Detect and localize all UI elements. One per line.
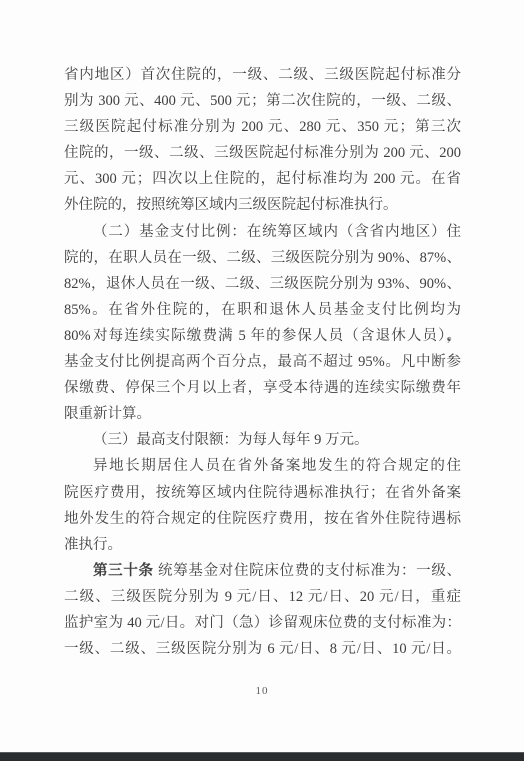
text-line: 外住院的，按照统筹区域内三级医院起付标准执行。 [64,192,461,218]
text-line: 院的，在职人员在一级、二级、三级医院分别为 90%、87%、 [64,245,461,271]
text-line: 省内地区）首次住院的，一级、二级、三级医院起付标准分 [64,62,461,88]
text-line: 监护室为 40 元/日。对门（急）诊留观床位费的支付标准为： [64,610,461,636]
text-line: 地外发生的符合规定的住院医疗费用，按在省外住院待遇标 [64,506,461,532]
text-line: 第三十条 统筹基金对住院床位费的支付标准为：一级、 [64,558,461,584]
text-line: 保缴费、停保三个月以上者，享受本待遇的连续实际缴费年 [64,375,461,401]
text-line: 限重新计算。 [64,401,461,427]
text-line: 85%。在省外住院的，在职和退休人员基金支付比例均为 80%。 [64,297,461,323]
text-line: 别为 300 元、400 元、500 元；第二次住院的，一级、二级、 [64,88,461,114]
bottom-bar [0,752,524,761]
text-line: （二）基金支付比例：在统筹区域内（含省内地区）住 [64,219,461,245]
text-line: 异地长期居住人员在省外备案地发生的符合规定的住 [64,453,461,479]
document-page: 省内地区）首次住院的，一级、二级、三级医院起付标准分别为 300 元、400 元… [0,0,524,761]
text-line: 对每连续实际缴费满 5 年的参保人员（含退休人员）， [64,323,461,349]
text-line: 准执行。 [64,532,461,558]
page-number: 10 [0,685,524,697]
article-number-bold: 第三十条 [93,563,154,579]
text-line: （三）最高支付限额：为每人每年 9 万元。 [64,427,461,453]
text-line: 住院的，一级、二级、三级医院起付标准分别为 200 元、200 [64,140,461,166]
text-block: 省内地区）首次住院的，一级、二级、三级医院起付标准分别为 300 元、400 元… [64,62,461,662]
text-line: 82%，退休人员在一级、二级、三级医院分别为 93%、90%、 [64,271,461,297]
text-line: 一级、二级、三级医院分别为 6 元/日、8 元/日、10 元/日。 [64,636,461,662]
text-line: 二级、三级医院分别为 9 元/日、12 元/日、20 元/日，重症 [64,584,461,610]
text-line: 基金支付比例提高两个百分点，最高不超过 95%。凡中断参 [64,349,461,375]
text-line: 元、300 元；四次以上住院的，起付标准均为 200 元。在省 [64,166,461,192]
text-line: 三级医院起付标准分别为 200 元、280 元、350 元；第三次 [64,114,461,140]
text-line: 院医疗费用，按统筹区域内住院待遇标准执行；在省外备案 [64,480,461,506]
